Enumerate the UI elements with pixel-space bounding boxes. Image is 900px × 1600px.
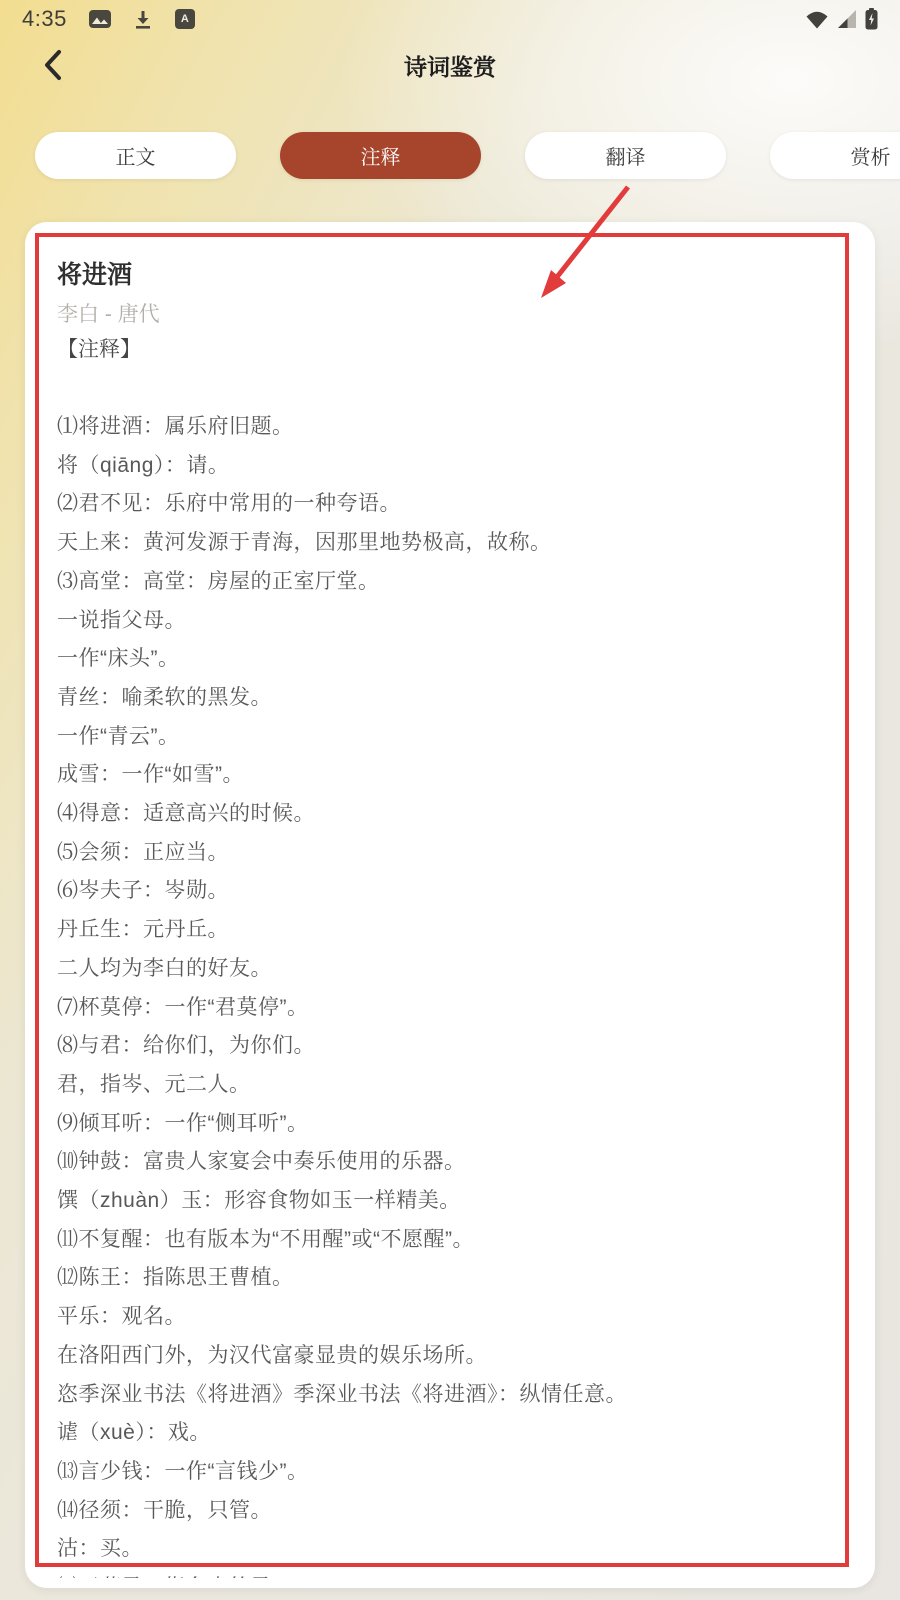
tab-赏析[interactable]: 赏析 <box>770 132 900 179</box>
tab-正文[interactable]: 正文 <box>35 132 236 179</box>
note-line: 沽：买。 <box>57 1530 841 1569</box>
annotation-scroll-area[interactable]: 将进酒 李白 - 唐代 【注释】 ⑴将进酒：属乐府旧题。将（qiāng）：请。⑵… <box>25 222 875 1578</box>
note-line: ⑿陈王：指陈思王曹植。 <box>57 1259 841 1298</box>
note-line: 在洛阳西门外，为汉代富豪显贵的娱乐场所。 <box>57 1337 841 1376</box>
note-line: ⒀言少钱：一作“言钱少”。 <box>57 1453 841 1492</box>
section-label: 【注释】 <box>57 336 841 364</box>
note-line: 二人均为李白的好友。 <box>57 950 841 989</box>
note-line: 恣季深业书法《将进酒》季深业书法《将进酒》：纵情任意。 <box>57 1376 841 1415</box>
note-line: 丹丘生：元丹丘。 <box>57 911 841 950</box>
note-line: 平乐：观名。 <box>57 1298 841 1337</box>
battery-charging-icon <box>865 8 878 30</box>
wifi-icon <box>805 10 829 29</box>
note-line: ⑷得意：适意高兴的时候。 <box>57 795 841 834</box>
note-line: 成雪：一作“如雪”。 <box>57 756 841 795</box>
poem-card: 将进酒 李白 - 唐代 【注释】 ⑴将进酒：属乐府旧题。将（qiāng）：请。⑵… <box>25 222 875 1588</box>
image-icon <box>89 10 111 28</box>
note-line: 天上来：黄河发源于青海，因那里地势极高，故称。 <box>57 524 841 563</box>
note-line: ⑶高堂：高堂：房屋的正室厅堂。 <box>57 563 841 602</box>
note-line: 一作“青云”。 <box>57 718 841 757</box>
note-line: 馔（zhuàn）玉：形容食物如玉一样精美。 <box>57 1182 841 1221</box>
download-icon <box>133 9 153 29</box>
note-line: ⑹岑夫子：岑勋。 <box>57 872 841 911</box>
note-line: 谑（xuè）：戏。 <box>57 1414 841 1453</box>
note-line: ⑺杯莫停：一作“君莫停”。 <box>57 989 841 1028</box>
tab-注释[interactable]: 注释 <box>280 132 481 179</box>
clock-time: 4:35 <box>22 6 67 32</box>
notes-list: ⑴将进酒：属乐府旧题。将（qiāng）：请。⑵君不见：乐府中常用的一种夸语。天上… <box>57 408 841 1578</box>
note-line: ⒁径须：干脆，只管。 <box>57 1492 841 1531</box>
page-title: 诗词鉴赏 <box>0 49 900 82</box>
poem-author: 李白 - 唐代 <box>57 302 841 328</box>
note-line: ⑼倾耳听：一作“侧耳听”。 <box>57 1105 841 1144</box>
poem-title: 将进酒 <box>57 260 841 290</box>
note-line: ⑴将进酒：属乐府旧题。 <box>57 408 841 447</box>
note-line: ⑸会须：正应当。 <box>57 834 841 873</box>
signal-icon <box>837 10 857 29</box>
note-line: 一作“床头”。 <box>57 640 841 679</box>
note-line: 青丝：喻柔软的黑发。 <box>57 679 841 718</box>
back-button[interactable] <box>36 46 70 84</box>
note-line: 一说指父母。 <box>57 602 841 641</box>
note-line: 将（qiāng）：请。 <box>57 447 841 486</box>
note-line: 君，指岑、元二人。 <box>57 1066 841 1105</box>
app-header: 诗词鉴赏 <box>0 38 900 93</box>
note-line: ⑻与君：给你们，为你们。 <box>57 1027 841 1066</box>
letter-a-icon: A <box>175 9 195 29</box>
note-line: ⑽钟鼓：富贵人家宴会中奏乐使用的乐器。 <box>57 1143 841 1182</box>
note-line: ⒂五花马：指名贵的马 <box>57 1569 841 1578</box>
note-line: ⑵君不见：乐府中常用的一种夸语。 <box>57 485 841 524</box>
status-bar: 4:35 A <box>0 0 900 38</box>
tab-翻译[interactable]: 翻译 <box>525 132 726 179</box>
note-line: ⑾不复醒：也有版本为“不用醒”或“不愿醒”。 <box>57 1221 841 1260</box>
